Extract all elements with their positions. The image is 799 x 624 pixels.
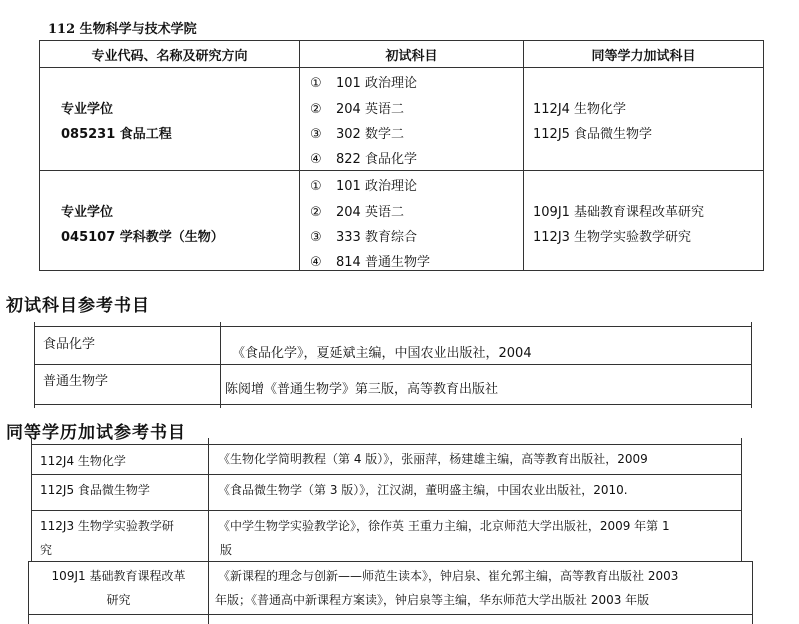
- table-border: [39, 40, 40, 271]
- ref-books: 《中学生物学实验教学论》，徐作英 王重力主编，北京师范大学出版社，2009 年第…: [218, 517, 670, 534]
- table-border: [741, 438, 742, 561]
- exam-subject: ①101 政治理论: [310, 175, 417, 194]
- exam-subject: ④814 普通生物学: [310, 251, 430, 270]
- program-name: 085231 食品工程: [61, 123, 172, 142]
- degree-type: 专业学位: [61, 201, 113, 220]
- ref-subject: 食品化学: [43, 333, 95, 352]
- ref-books: 年版；《普通高中新课程方案读》，钟启泉等主编，华东师范大学出版社 2003 年版: [215, 591, 649, 608]
- table-border: [39, 270, 764, 271]
- table-border: [763, 40, 764, 271]
- exam-subject: ②204 英语二: [310, 201, 404, 220]
- section-title-extra-refs: 同等学历加试参考书目: [6, 418, 186, 443]
- exam-subject: ①101 政治理论: [310, 72, 417, 91]
- ref-books: 陈阅增《普通生物学》第三版，高等教育出版社: [225, 378, 498, 397]
- table-border: [523, 40, 524, 271]
- table-border: [28, 561, 753, 562]
- table-border: [34, 322, 35, 408]
- table-border: [34, 404, 752, 405]
- extra-subject: 112J5 食品微生物学: [533, 123, 652, 142]
- header-extra-subjects: 同等学力加试科目: [524, 45, 763, 64]
- table-border: [299, 40, 300, 271]
- table-border: [39, 67, 764, 68]
- extra-subject: 112J4 生物化学: [533, 98, 626, 117]
- header-exam-subjects: 初试科目: [300, 45, 523, 64]
- table-border: [208, 438, 209, 624]
- table-border: [31, 474, 742, 475]
- header-program: 专业代码、名称及研究方向: [40, 45, 299, 64]
- ref-books: 《新课程的理念与创新——师范生读本》，钟启泉、崔允郭主编，高等教育出版社 200…: [218, 567, 678, 584]
- exam-subject: ③302 数学二: [310, 123, 404, 142]
- table-border: [39, 40, 764, 41]
- exam-subject: ②204 英语二: [310, 98, 404, 117]
- table-border: [31, 444, 742, 445]
- table-border: [34, 326, 752, 327]
- table-border: [751, 322, 752, 408]
- degree-type: 专业学位: [61, 98, 113, 117]
- ref-books: 《食品化学》，夏延斌主编，中国农业出版社，2004: [232, 342, 532, 361]
- ref-subject: 112J4 生物化学: [40, 452, 126, 469]
- department-title: 112 生物科学与技术学院: [48, 18, 197, 37]
- section-title-initial-refs: 初试科目参考书目: [6, 291, 150, 316]
- extra-subject: 112J3 生物学实验教学研究: [533, 226, 691, 245]
- exam-subject: ④822 食品化学: [310, 148, 417, 167]
- ref-subject: 109J1 基础教育课程改革: [29, 567, 208, 584]
- extra-subject: 109J1 基础教育课程改革研究: [533, 201, 704, 220]
- ref-subject: 研究: [29, 591, 208, 608]
- program-name: 045107 学科教学（生物）: [61, 226, 224, 245]
- ref-subject: 112J5 食品微生物学: [40, 481, 150, 498]
- ref-books: 《食品微生物学（第 3 版）》，江汉湖，董明盛主编，中国农业出版社，2010.: [218, 481, 628, 498]
- exam-subject: ③333 教育综合: [310, 226, 417, 245]
- ref-subject: 普通生物学: [43, 370, 108, 389]
- ref-subject: 112J3 生物学实验教学研: [40, 517, 174, 534]
- ref-books: 《生物化学简明教程（第 4 版）》，张丽萍，杨建雄主编，高等教育出版社，2009: [218, 450, 648, 467]
- table-border: [31, 510, 742, 511]
- table-border: [28, 614, 753, 615]
- ref-subject: 究: [40, 541, 52, 558]
- ref-books: 版: [220, 541, 232, 558]
- table-border: [39, 170, 764, 171]
- table-border: [752, 561, 753, 624]
- table-border: [31, 438, 32, 561]
- table-border: [34, 364, 752, 365]
- table-border: [220, 322, 221, 408]
